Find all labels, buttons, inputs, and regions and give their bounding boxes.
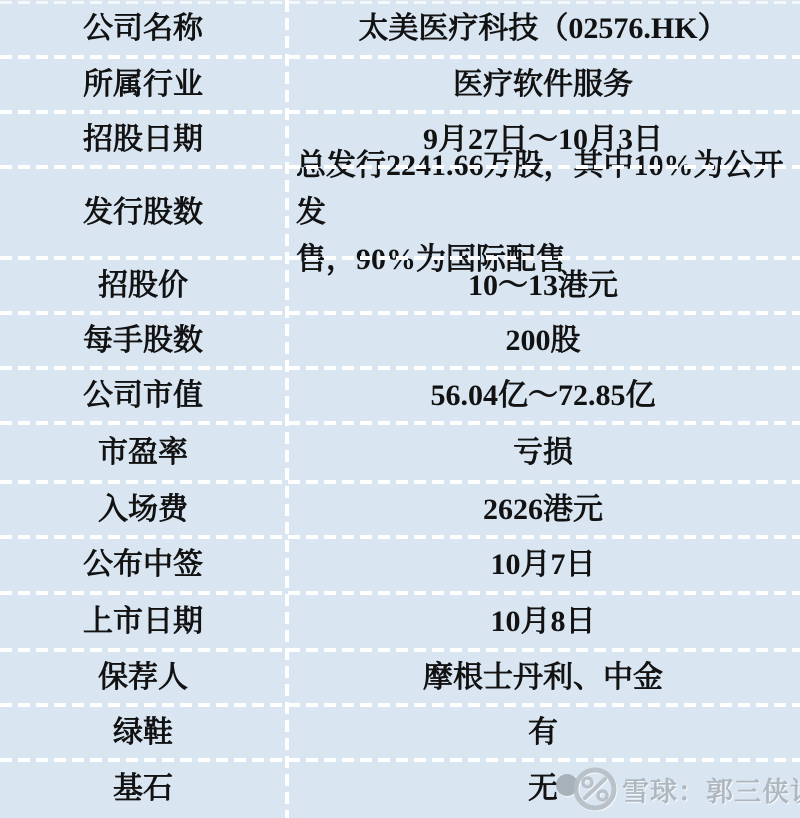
row-value: 太美医疗科技（02576.HK） bbox=[286, 0, 800, 57]
row-value: 医疗软件服务 bbox=[286, 57, 800, 112]
row-label: 基石 bbox=[0, 760, 286, 818]
row-label: 所属行业 bbox=[0, 57, 286, 112]
row-label: 公布中签 bbox=[0, 537, 286, 593]
row-label: 入场费 bbox=[0, 482, 286, 537]
table-row: 每手股数 200股 bbox=[0, 313, 800, 368]
table-rows: 公司名称 太美医疗科技（02576.HK） 所属行业 医疗软件服务 招股日期 9… bbox=[0, 0, 800, 818]
table-row: 绿鞋 有 bbox=[0, 705, 800, 760]
row-value: 总发行2241.66万股，其中10%为公开发 售，90%为国际配售 bbox=[286, 167, 800, 258]
row-value: 摩根士丹利、中金 bbox=[286, 650, 800, 705]
row-value: 10月7日 bbox=[286, 537, 800, 593]
table-row: 所属行业 医疗软件服务 bbox=[0, 57, 800, 112]
row-value: 亏损 bbox=[286, 423, 800, 482]
row-label: 绿鞋 bbox=[0, 705, 286, 760]
row-value: 有 bbox=[286, 705, 800, 760]
row-label: 公司名称 bbox=[0, 0, 286, 57]
top-dashed-edge bbox=[0, 1, 800, 4]
table-row: 上市日期 10月8日 bbox=[0, 593, 800, 650]
row-label: 招股价 bbox=[0, 258, 286, 313]
table-row: 保荐人 摩根士丹利、中金 bbox=[0, 650, 800, 705]
row-value: 2626港元 bbox=[286, 482, 800, 537]
table-row: 发行股数 总发行2241.66万股，其中10%为公开发 售，90%为国际配售 bbox=[0, 167, 800, 258]
table-row: 招股价 10～13港元 bbox=[0, 258, 800, 313]
row-value: 10～13港元 bbox=[286, 258, 800, 313]
watermark-text: 雪球：郭三侠说财 bbox=[622, 770, 800, 809]
xueqiu-snowball-icon bbox=[572, 766, 618, 812]
row-label: 公司市值 bbox=[0, 368, 286, 423]
table-row: 公布中签 10月7日 bbox=[0, 537, 800, 593]
row-label: 上市日期 bbox=[0, 593, 286, 650]
row-value: 56.04亿～72.85亿 bbox=[286, 368, 800, 423]
table-row: 入场费 2626港元 bbox=[0, 482, 800, 537]
row-label: 招股日期 bbox=[0, 112, 286, 167]
row-label: 市盈率 bbox=[0, 423, 286, 482]
ipo-info-table: 公司名称 太美医疗科技（02576.HK） 所属行业 医疗软件服务 招股日期 9… bbox=[0, 0, 800, 818]
table-row: 公司名称 太美医疗科技（02576.HK） bbox=[0, 0, 800, 57]
row-label: 发行股数 bbox=[0, 167, 286, 258]
table-row: 市盈率 亏损 bbox=[0, 423, 800, 482]
table-row: 公司市值 56.04亿～72.85亿 bbox=[0, 368, 800, 423]
row-label: 每手股数 bbox=[0, 313, 286, 368]
row-label: 保荐人 bbox=[0, 650, 286, 705]
row-value: 200股 bbox=[286, 313, 800, 368]
row-value: 10月8日 bbox=[286, 593, 800, 650]
column-divider bbox=[285, 0, 289, 818]
xueqiu-watermark: 雪球：郭三侠说财 bbox=[556, 764, 800, 814]
